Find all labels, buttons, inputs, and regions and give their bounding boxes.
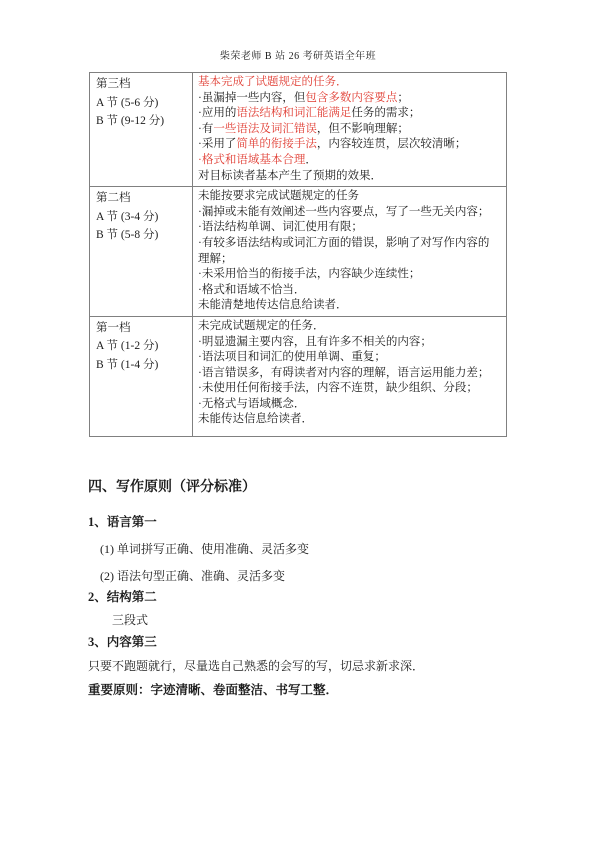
text-segment: 包含多数内容要点 <box>305 92 397 104</box>
rubric-row-band-3: 第三档A 节 (5-6 分)B 节 (9-12 分)基本完成了试题规定的任务．·… <box>90 73 507 187</box>
principle-item-5: 3、内容第三 <box>88 634 508 650</box>
principle-item-0: 1、语言第一 <box>88 514 508 530</box>
criteria-line: ·无格式与语域概念． <box>198 397 500 413</box>
criteria-line: ·明显遗漏主要内容，且有许多不相关的内容； <box>198 335 500 351</box>
band-label-cell: 第一档A 节 (1-2 分)B 节 (1-4 分) <box>90 316 193 436</box>
criteria-line: ·采用了简单的衔接手法，内容较连贯，层次较清晰； <box>198 137 500 153</box>
text-segment: 未能清楚地传达信息给读者． <box>198 299 348 311</box>
criteria-line: ·未采用恰当的衔接手法，内容缺少连续性； <box>198 267 500 283</box>
text-segment: 未能按要求完成试题规定的任务 <box>198 190 359 202</box>
band-label-line: A 节 (5-6 分) <box>96 94 189 113</box>
band-label-line: B 节 (9-12 分) <box>96 112 189 131</box>
text-segment: ·应用的 <box>198 107 236 119</box>
text-segment: ·无格式与语域概念． <box>198 398 305 410</box>
principle-item-2: (2) 语法句型正确、准确、灵活多变 <box>88 568 508 584</box>
criteria-line: 基本完成了试题规定的任务． <box>198 75 500 91</box>
criteria-cell: 基本完成了试题规定的任务．·虽漏掉一些内容，但包含多数内容要点；·应用的语法结构… <box>193 73 507 187</box>
principle-item-7: 重要原则：字迹清晰、卷面整洁、书写工整． <box>88 682 508 698</box>
criteria-line: 未能按要求完成试题规定的任务 <box>198 189 500 205</box>
text-segment: ·采用了 <box>198 138 236 150</box>
text-segment: 一些语法及词汇错误 <box>213 123 317 135</box>
band-label-line: 第二档 <box>96 189 189 208</box>
criteria-line: 对目标读者基本产生了预期的效果． <box>198 169 500 185</box>
criteria-line: ·语言错误多，有碍读者对内容的理解，语言运用能力差； <box>198 366 500 382</box>
criteria-line: ·有一些语法及词汇错误，但不影响理解； <box>198 122 500 138</box>
band-label-cell: 第三档A 节 (5-6 分)B 节 (9-12 分) <box>90 73 193 187</box>
criteria-line: 未能清楚地传达信息给读者． <box>198 298 500 314</box>
criteria-line: ·有较多语法结构或词汇方面的错误，影响了对写作内容的理解； <box>198 236 500 267</box>
page-header: 柴荣老师 B 站 26 考研英语全年班 <box>0 51 596 63</box>
section-heading: 四、写作原则（评分标准） <box>88 480 508 496</box>
text-segment: ·未使用任何衔接手法，内容不连贯，缺少组织、分段； <box>198 382 478 394</box>
criteria-line: 未完成试题规定的任务． <box>198 319 500 335</box>
band-label-line: 第三档 <box>96 75 189 94</box>
band-label-line: 第一档 <box>96 319 189 338</box>
principle-item-3: 2、结构第二 <box>88 589 508 605</box>
text-segment: ·语法结构单调、词汇使用有限； <box>198 221 363 233</box>
text-segment: ； <box>397 92 409 104</box>
text-segment: ·语言错误多，有碍读者对内容的理解，语言运用能力差； <box>198 367 489 379</box>
criteria-line: 未能传达信息给读者． <box>198 412 500 428</box>
text-segment: 语法结构和词汇能满足 <box>236 107 351 119</box>
principle-item-1: (1) 单词拼写正确、使用准确、灵活多变 <box>88 541 508 557</box>
principle-item-4: 三段式 <box>88 612 508 628</box>
criteria-line: ·语法项目和词汇的使用单调、重复； <box>198 350 500 366</box>
text-segment: ，内容较连贯，层次较清晰； <box>317 138 467 150</box>
document-page: 柴荣老师 B 站 26 考研英语全年班 第三档A 节 (5-6 分)B 节 (9… <box>0 0 596 842</box>
criteria-line: ·漏掉或未能有效阐述一些内容要点，写了一些无关内容； <box>198 205 500 221</box>
rubric-row-band-1: 第一档A 节 (1-2 分)B 节 (1-4 分)未完成试题规定的任务．·明显遗… <box>90 316 507 436</box>
text-segment: ·有 <box>198 123 213 135</box>
text-segment: ·有较多语法结构或词汇方面的错误，影响了对写作内容的理解； <box>198 237 489 265</box>
text-segment: 对目标读者基本产生了预期的效果． <box>198 170 382 182</box>
text-segment: ·语法项目和词汇的使用单调、重复； <box>198 351 386 363</box>
text-segment: 未完成试题规定的任务． <box>198 320 325 332</box>
criteria-cell: 未完成试题规定的任务．·明显遗漏主要内容，且有许多不相关的内容；·语法项目和词汇… <box>193 316 507 436</box>
band-label-line: A 节 (1-2 分) <box>96 337 189 356</box>
criteria-line: ·应用的语法结构和词汇能满足任务的需求； <box>198 106 500 122</box>
text-segment: ． <box>305 154 317 166</box>
band-label-line: B 节 (5-8 分) <box>96 226 189 245</box>
writing-principles-section: 四、写作原则（评分标准） 1、语言第一(1) 单词拼写正确、使用准确、灵活多变(… <box>88 480 508 698</box>
text-segment: ·漏掉或未能有效阐述一些内容要点，写了一些无关内容； <box>198 206 489 218</box>
text-segment: 简单的衔接手法 <box>236 138 317 150</box>
text-segment: 基本完成了试题规定的任务． <box>198 76 348 88</box>
criteria-line: ·未使用任何衔接手法，内容不连贯，缺少组织、分段； <box>198 381 500 397</box>
text-segment: ·虽漏掉一些内容，但 <box>198 92 305 104</box>
criteria-cell: 未能按要求完成试题规定的任务·漏掉或未能有效阐述一些内容要点，写了一些无关内容；… <box>193 187 507 317</box>
principles-list: 1、语言第一(1) 单词拼写正确、使用准确、灵活多变(2) 语法句型正确、准确、… <box>88 514 508 698</box>
band-label-cell: 第二档A 节 (3-4 分)B 节 (5-8 分) <box>90 187 193 317</box>
band-label-line: B 节 (1-4 分) <box>96 356 189 375</box>
text-segment: 未能传达信息给读者． <box>198 413 313 425</box>
text-segment: ·格式和语域基本合理 <box>198 154 305 166</box>
criteria-line: ·格式和语域基本合理． <box>198 153 500 169</box>
text-segment: ，但不影响理解； <box>317 123 409 135</box>
principle-item-6: 只要不跑题就行，尽量选自己熟悉的会写的写，切忌求新求深． <box>88 658 508 674</box>
band-label-line: A 节 (3-4 分) <box>96 208 189 227</box>
criteria-line: ·格式和语域不恰当． <box>198 283 500 299</box>
text-segment: 任务的需求； <box>351 107 420 119</box>
rubric-row-band-2: 第二档A 节 (3-4 分)B 节 (5-8 分)未能按要求完成试题规定的任务·… <box>90 187 507 317</box>
criteria-line: ·虽漏掉一些内容，但包含多数内容要点； <box>198 91 500 107</box>
text-segment: ·未采用恰当的衔接手法，内容缺少连续性； <box>198 268 420 280</box>
text-segment: ·明显遗漏主要内容，且有许多不相关的内容； <box>198 336 432 348</box>
text-segment: ·格式和语域不恰当． <box>198 284 305 296</box>
scoring-rubric-table: 第三档A 节 (5-6 分)B 节 (9-12 分)基本完成了试题规定的任务．·… <box>89 72 507 437</box>
criteria-line: ·语法结构单调、词汇使用有限； <box>198 220 500 236</box>
